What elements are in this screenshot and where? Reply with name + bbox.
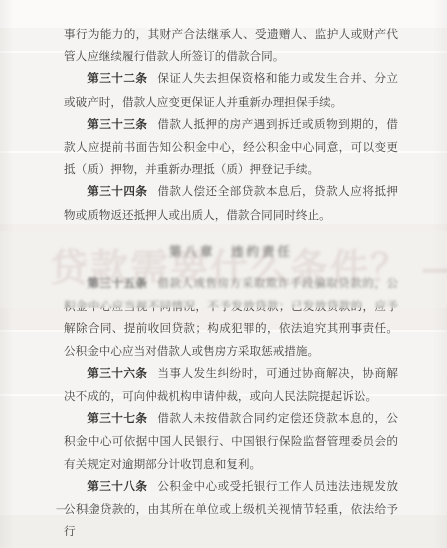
paragraph: 第三十七条借款人未按借款合同约定偿还贷款本息的，公积金中心可依据中国人民银行、中… [64, 407, 398, 475]
article-number: 第三十八条 [87, 480, 147, 493]
paragraph: 第三十三条借款人抵押的房产遇到拆迁或质物到期的，借款人应提前书面告知公积金中心，… [64, 113, 398, 181]
document-body: 事行为能力的，其财产合法继承人、受遗赠人、监护人或财产代管人应继续履行借款人所签… [0, 0, 447, 542]
paragraph: 事行为能力的，其财产合法继承人、受遗赠人、监护人或财产代管人应继续履行借款人所签… [64, 23, 398, 67]
paragraph-text: 事行为能力的，其财产合法继承人、受遗赠人、监护人或财产代管人应继续履行借款人所签… [64, 27, 398, 63]
page-number: — 10 — [56, 501, 129, 515]
paragraph: 第三十二条保证人失去担保资格和能力或发生合并、分立或破产时，借款人应变更保证人并… [64, 67, 398, 112]
article-number: 第三十三条 [87, 118, 147, 131]
article-number: 第三十六条 [87, 367, 147, 380]
article-number: 第三十四条 [87, 185, 147, 198]
article-number: 第三十二条 [87, 72, 147, 85]
paragraph: 第三十四条借款人偿还全部贷款本息后，贷款人应将抵押物或质物返还抵押人或出质人，借… [64, 180, 398, 225]
paragraph: 第三十五条借款人或售房方采取欺诈手段骗取贷款的，公积金中心应当视不同情况，不予发… [64, 272, 398, 362]
document-page: 贷款需要什么条件？ — 事行为能力的，其财产合法继承人、受遗赠人、监护人或财产代… [0, 0, 447, 548]
article-number: 第三十五条 [87, 277, 147, 290]
article-number: 第三十七条 [87, 412, 147, 425]
paragraph: 第三十六条当事人发生纠纷时，可通过协商解决，协商解决不成的，可向仲裁机构申请仲裁… [64, 362, 398, 407]
section-before-chapter: 事行为能力的，其财产合法继承人、受遗赠人、监护人或财产代管人应继续履行借款人所签… [64, 23, 398, 226]
chapter-heading: 第八章 违约责任 [64, 241, 398, 263]
